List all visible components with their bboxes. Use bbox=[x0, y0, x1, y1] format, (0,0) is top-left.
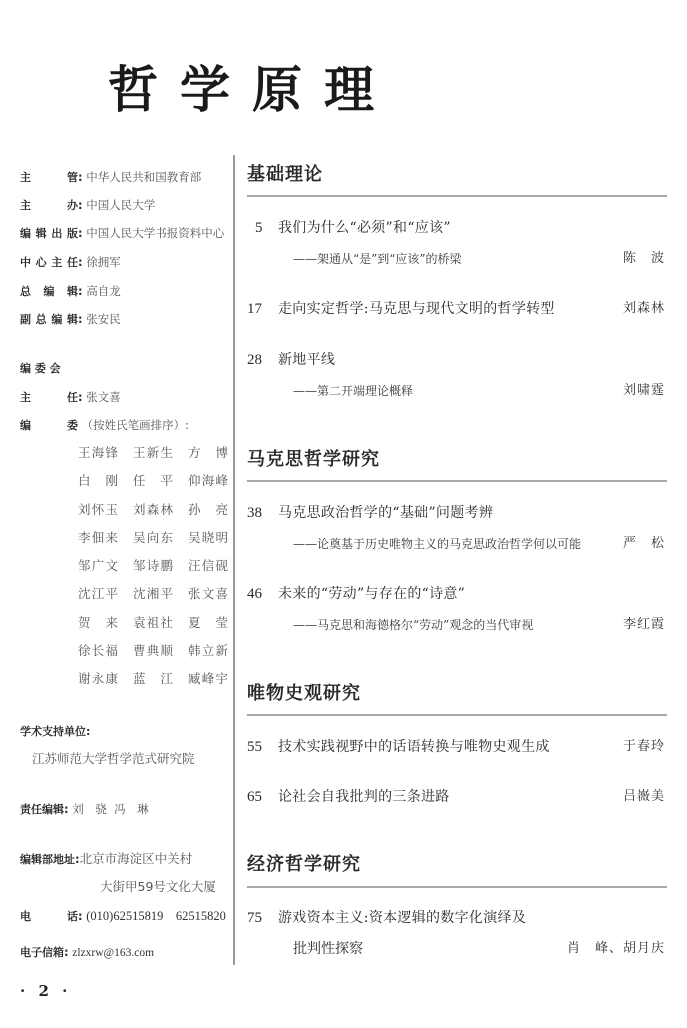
committee-member: 蓝 江 bbox=[133, 670, 173, 698]
masthead-editor-in-chief: 总 编 辑: 高自龙 bbox=[20, 283, 121, 300]
committee-member: 刘森林 bbox=[133, 501, 173, 529]
committee-row: 谢永康 蓝 江 臧峰宇 bbox=[78, 670, 228, 698]
address-line-1: 北京市海淀区中关村 bbox=[80, 851, 193, 866]
journal-title: 哲学原理 bbox=[108, 60, 396, 120]
section-rule bbox=[247, 195, 667, 197]
page-number: · 2 · bbox=[20, 982, 71, 1000]
committee-row: 王海锋 王新生 方 博 bbox=[78, 444, 228, 472]
masthead-label: 总 编 辑 bbox=[20, 284, 78, 300]
entry-page: 75 bbox=[247, 908, 273, 928]
committee-member: 徐长福 bbox=[78, 642, 118, 670]
committee-row: 邹广文 邹诗鹏 汪信砚 bbox=[78, 557, 228, 585]
toc-entry[interactable]: 46 未来的“劳动”与存在的“诗意” ——马克思和海德格尔“劳动”观念的当代审视… bbox=[247, 584, 667, 635]
masthead-value: 中华人民共和国教育部 bbox=[86, 170, 201, 184]
committee-member: 白 刚 bbox=[78, 472, 118, 500]
masthead-publisher: 编辑出版: 中国人民大学书报资料中心 bbox=[20, 225, 224, 242]
section-title: 马克思哲学研究 bbox=[247, 448, 380, 472]
masthead-sponsor: 主 办: 中国人民大学 bbox=[20, 197, 155, 214]
committee-member: 王海锋 bbox=[78, 444, 118, 472]
masthead-value: 中国人民大学书报资料中心 bbox=[86, 226, 224, 240]
committee-member: 吴晓明 bbox=[188, 529, 228, 557]
committee-member: 邹诗鹏 bbox=[133, 557, 173, 585]
masthead-label: 电子信箱 bbox=[20, 945, 64, 961]
column-divider bbox=[233, 155, 235, 965]
masthead-label: 责任编辑 bbox=[20, 802, 64, 818]
masthead-value: 中国人民大学 bbox=[86, 198, 155, 212]
masthead-label: 编 委 bbox=[20, 418, 78, 434]
committee-row: 白 刚 任 平 仰海峰 bbox=[78, 472, 228, 500]
committee-member: 臧峰宇 bbox=[188, 670, 228, 698]
entry-title[interactable]: 马克思政治哲学的“基础”问题考辨 bbox=[278, 503, 493, 523]
toc-entry[interactable]: 28 新地平线 ——第二开端理论概释 刘啸霆 bbox=[247, 350, 667, 401]
entry-page: 55 bbox=[247, 737, 273, 757]
masthead-value: 徐拥军 bbox=[86, 255, 121, 269]
entry-author: 严 松 bbox=[623, 534, 665, 554]
support-unit-label: 学术支持单位: bbox=[20, 723, 90, 740]
masthead-supervisor: 主 管: 中华人民共和国教育部 bbox=[20, 169, 201, 186]
committee-member: 韩立新 bbox=[188, 642, 228, 670]
masthead-label: 主 任 bbox=[20, 390, 78, 406]
toc-entry[interactable]: 5 我们为什么“必须”和“应该” ——架通从“是”到“应该”的桥梁 陈 波 bbox=[247, 218, 667, 269]
entry-subtitle: ——架通从“是”到“应该”的桥梁 bbox=[293, 249, 462, 269]
entry-page: 17 bbox=[247, 299, 273, 319]
phone-value: (010)62515819 62515820 bbox=[86, 909, 226, 923]
masthead-deputy-editor: 副总编辑: 张安民 bbox=[20, 311, 121, 328]
committee-members-grid: 王海锋 王新生 方 博 白 刚 任 平 仰海峰 刘怀玉 刘森林 孙 亮 李佃来 … bbox=[78, 444, 228, 699]
committee-member: 曹典顺 bbox=[133, 642, 173, 670]
committee-row: 徐长福 曹典顺 韩立新 bbox=[78, 642, 228, 670]
committee-member: 孙 亮 bbox=[188, 501, 228, 529]
entry-title[interactable]: 游戏资本主义:资本逻辑的数字化演绎及 bbox=[278, 908, 526, 928]
entry-author: 吕嶶美 bbox=[623, 787, 665, 807]
committee-member: 仰海峰 bbox=[188, 472, 228, 500]
masthead-note: （按姓氏笔画排序）: bbox=[82, 418, 189, 432]
masthead-label: 中心主任 bbox=[20, 255, 78, 271]
toc-entry[interactable]: 65 论社会自我批判的三条进路 吕嶶美 bbox=[247, 787, 667, 807]
phone: 电 话: (010)62515819 62515820 bbox=[20, 908, 226, 925]
committee-members-label: 编 委 （按姓氏笔画排序）: bbox=[20, 417, 189, 434]
section-title: 基础理论 bbox=[247, 163, 323, 187]
committee-member: 夏 莹 bbox=[188, 614, 228, 642]
section-rule bbox=[247, 480, 667, 482]
masthead-label: 编辑出版 bbox=[20, 226, 78, 242]
entry-author: 刘啸霆 bbox=[623, 381, 665, 401]
committee-member: 方 博 bbox=[188, 444, 228, 472]
entry-author: 刘森林 bbox=[623, 299, 665, 319]
editorial-address-line2: 大街甲59号文化大厦 bbox=[100, 879, 216, 895]
committee-member: 刘怀玉 bbox=[78, 501, 118, 529]
masthead-value: 张安民 bbox=[86, 312, 121, 326]
entry-title[interactable]: 论社会自我批判的三条进路 bbox=[278, 787, 450, 807]
section-rule bbox=[247, 714, 667, 716]
committee-member: 王新生 bbox=[133, 444, 173, 472]
entry-title[interactable]: 未来的“劳动”与存在的“诗意” bbox=[278, 584, 465, 604]
committee-member: 沈湘平 bbox=[133, 585, 173, 613]
editorial-address: 编辑部地址:北京市海淀区中关村 bbox=[20, 851, 192, 868]
toc-entry[interactable]: 38 马克思政治哲学的“基础”问题考辨 ——论奠基于历史唯物主义的马克思政治哲学… bbox=[247, 503, 667, 554]
masthead-label: 副总编辑 bbox=[20, 312, 78, 328]
committee-member: 贺 来 bbox=[78, 614, 118, 642]
committee-member: 谢永康 bbox=[78, 670, 118, 698]
section-title: 唯物史观研究 bbox=[247, 682, 361, 706]
entry-title[interactable]: 我们为什么“必须”和“应该” bbox=[278, 218, 451, 238]
toc-entry[interactable]: 55 技术实践视野中的话语转换与唯物史观生成 于春玲 bbox=[247, 737, 667, 757]
committee-member: 任 平 bbox=[133, 472, 173, 500]
entry-author: 于春玲 bbox=[623, 737, 665, 757]
committee-row: 贺 来 袁祖社 夏 莹 bbox=[78, 614, 228, 642]
committee-row: 刘怀玉 刘森林 孙 亮 bbox=[78, 501, 228, 529]
masthead-value: 高自龙 bbox=[86, 284, 121, 298]
committee-member: 袁祖社 bbox=[133, 614, 173, 642]
committee-member: 邹广文 bbox=[78, 557, 118, 585]
masthead-label: 电 话 bbox=[20, 909, 78, 925]
toc-entry[interactable]: 75 游戏资本主义:资本逻辑的数字化演绎及 批判性探察 肖 峰、胡月庆 bbox=[247, 908, 667, 959]
entry-page: 38 bbox=[247, 503, 273, 523]
committee-member: 汪信砚 bbox=[188, 557, 228, 585]
support-unit-value: 江苏师范大学哲学范式研究院 bbox=[32, 751, 195, 767]
committee-heading: 编 委 会 bbox=[20, 360, 61, 377]
masthead-director: 中心主任: 徐拥军 bbox=[20, 254, 121, 271]
entry-author: 陈 波 bbox=[623, 249, 665, 269]
masthead-value: 刘 骁 冯 琳 bbox=[72, 802, 148, 816]
entry-page: 65 bbox=[247, 787, 273, 807]
toc-entry[interactable]: 17 走向实定哲学:马克思与现代文明的哲学转型 刘森林 bbox=[247, 299, 667, 319]
committee-member: 沈江平 bbox=[78, 585, 118, 613]
entry-page: 28 bbox=[247, 350, 273, 370]
committee-row: 李佃来 吴向东 吴晓明 bbox=[78, 529, 228, 557]
entry-subtitle: ——论奠基于历史唯物主义的马克思政治哲学何以可能 bbox=[293, 534, 581, 554]
entry-subtitle: ——马克思和海德格尔“劳动”观念的当代审视 bbox=[293, 615, 533, 635]
section-title: 经济哲学研究 bbox=[247, 853, 361, 877]
entry-author: 肖 峰、胡月庆 bbox=[567, 939, 665, 959]
email: 电子信箱: zlzxrw@163.com bbox=[20, 944, 154, 961]
entry-title[interactable]: 走向实定哲学:马克思与现代文明的哲学转型 bbox=[278, 299, 555, 319]
committee-member: 李佃来 bbox=[78, 529, 118, 557]
committee-chair: 主 任: 张文喜 bbox=[20, 389, 121, 406]
masthead-label: 编辑部地址 bbox=[20, 852, 75, 868]
entry-title-continuation[interactable]: 批判性探察 bbox=[293, 939, 363, 959]
committee-member: 张文喜 bbox=[188, 585, 228, 613]
entry-title[interactable]: 技术实践视野中的话语转换与唯物史观生成 bbox=[278, 737, 550, 757]
entry-subtitle: ——第二开端理论概释 bbox=[293, 381, 413, 401]
entry-page: 46 bbox=[247, 584, 273, 604]
masthead-label: 主 办 bbox=[20, 198, 78, 214]
masthead-label: 主 管 bbox=[20, 170, 78, 186]
section-rule bbox=[247, 886, 667, 888]
masthead-value: 张文喜 bbox=[86, 390, 121, 404]
committee-row: 沈江平 沈湘平 张文喜 bbox=[78, 585, 228, 613]
email-value: zlzxrw@163.com bbox=[72, 947, 154, 959]
committee-member: 吴向东 bbox=[133, 529, 173, 557]
entry-title[interactable]: 新地平线 bbox=[278, 350, 335, 370]
responsible-editor: 责任编辑: 刘 骁 冯 琳 bbox=[20, 801, 149, 818]
entry-author: 李红霞 bbox=[623, 615, 665, 635]
